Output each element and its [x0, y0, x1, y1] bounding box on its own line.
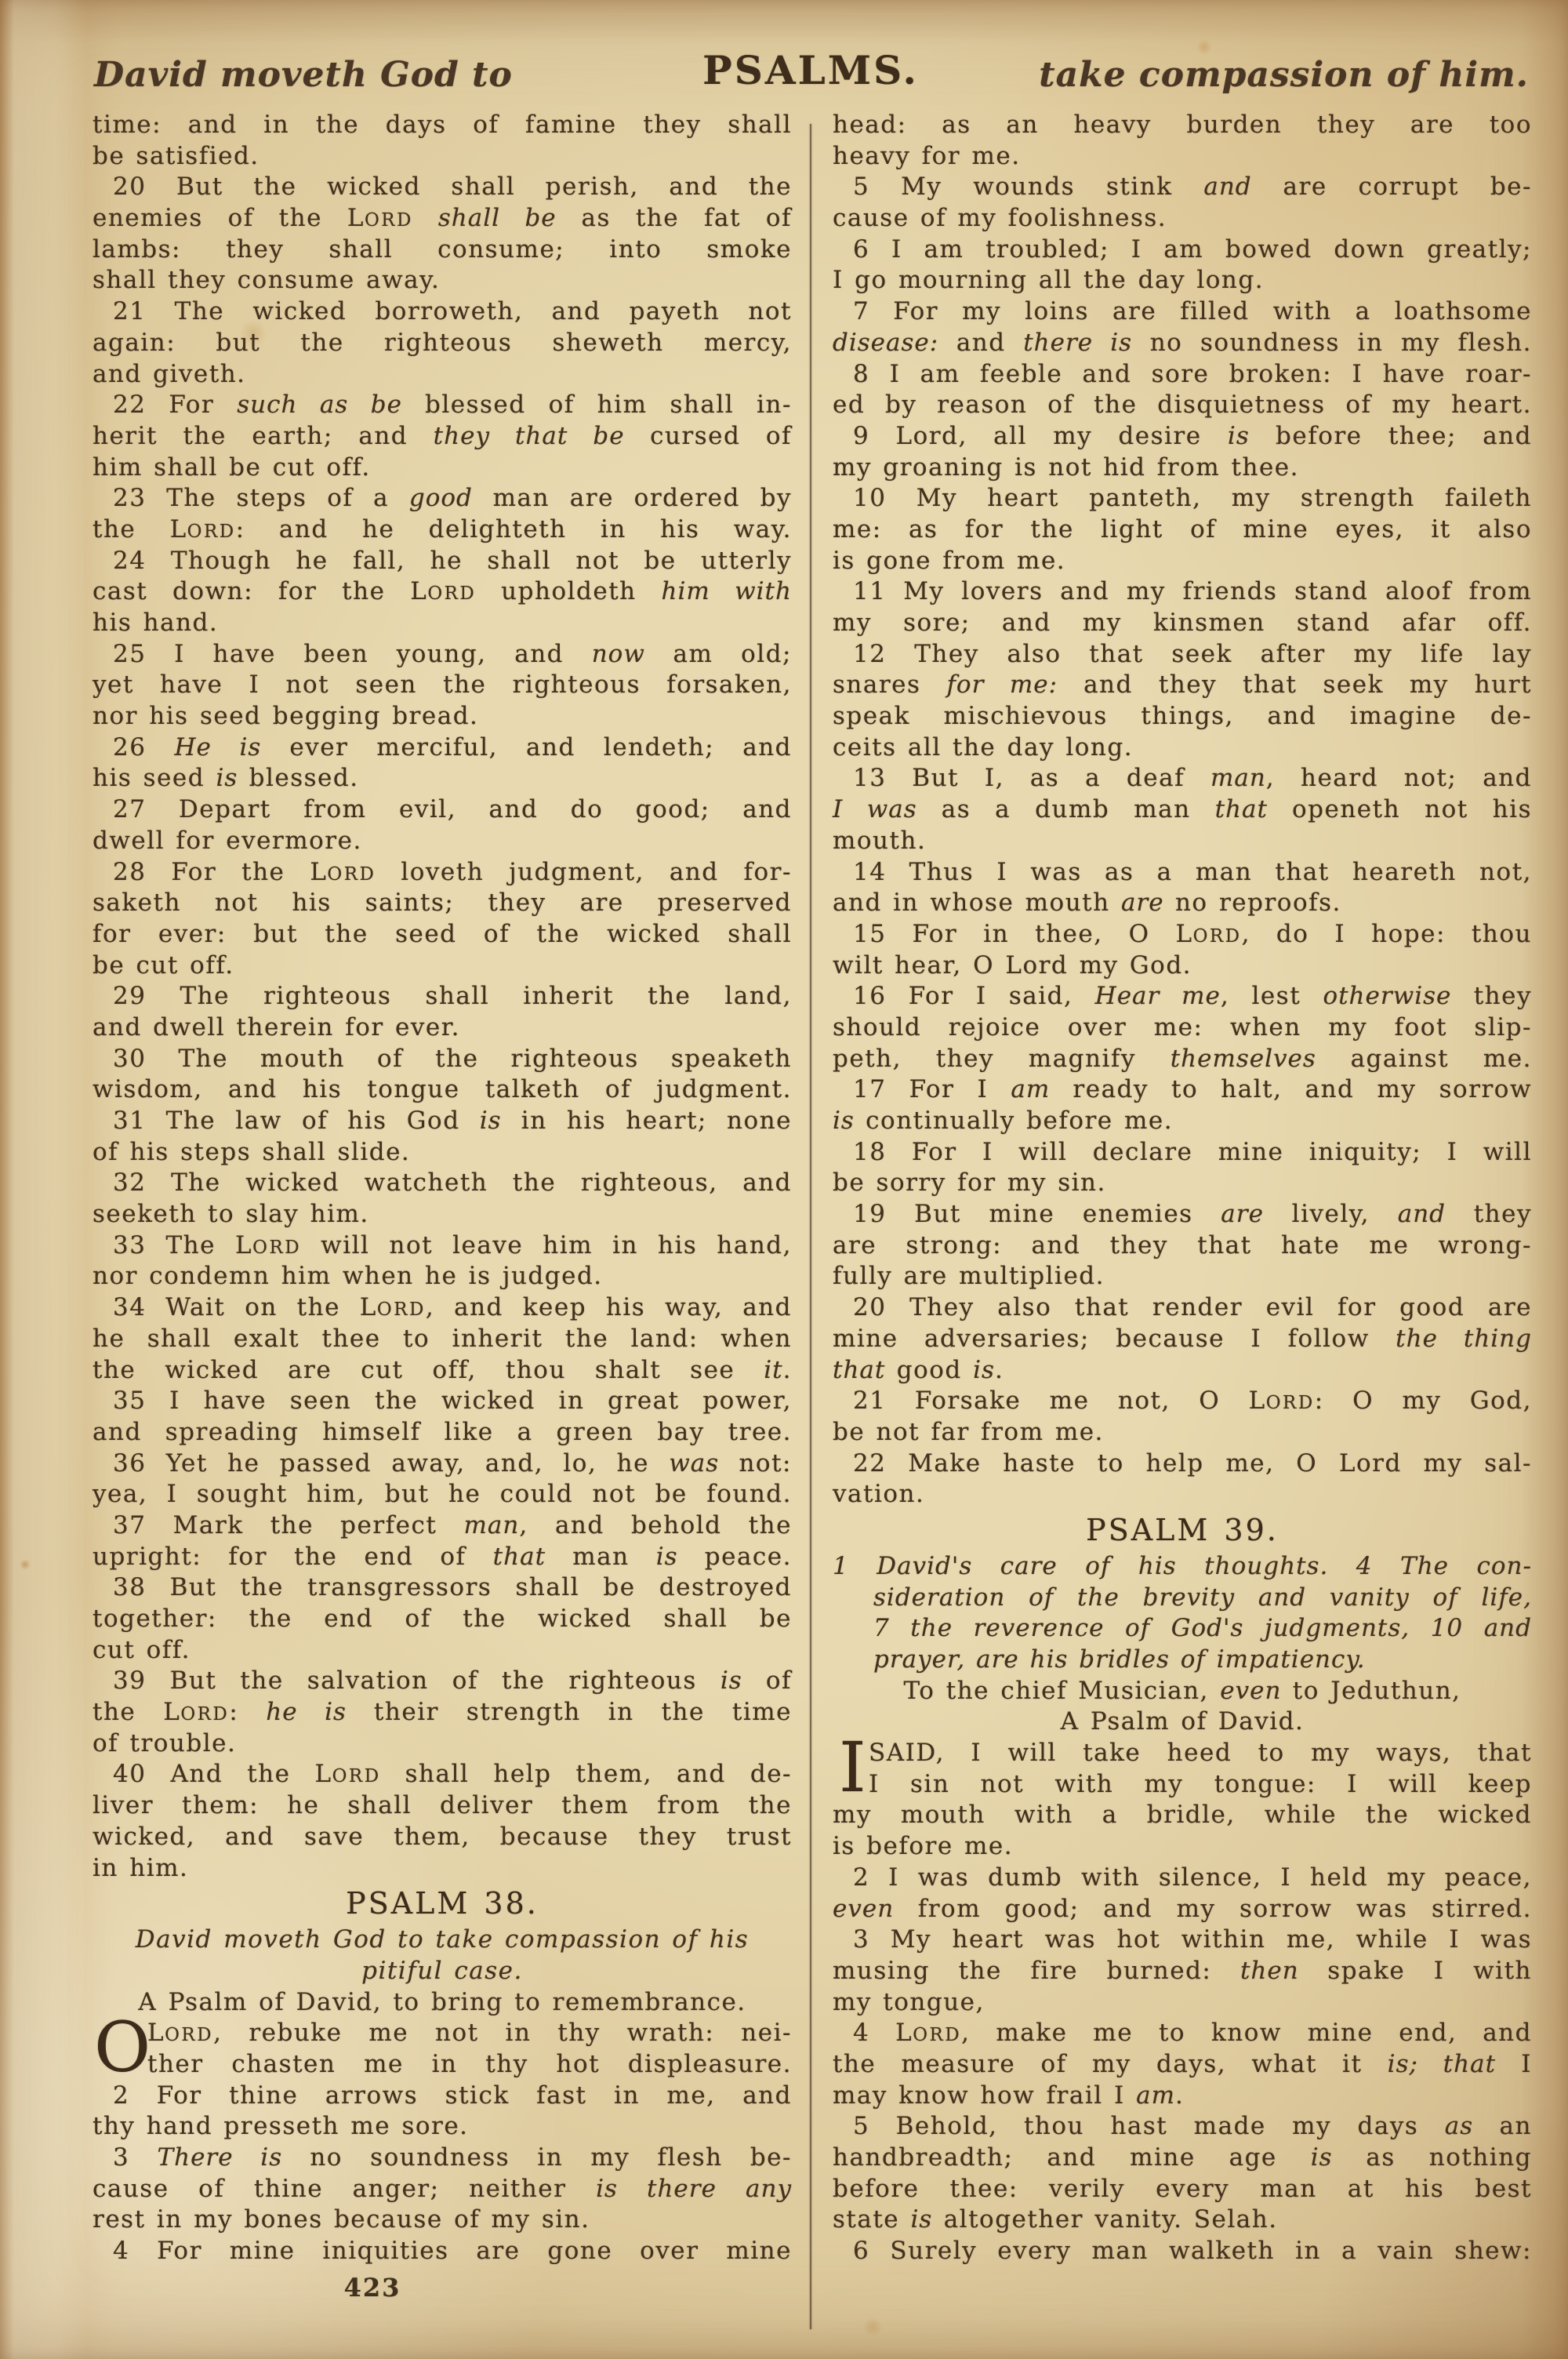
text-line: 24 Though he fall, he shall not be utter… [93, 546, 792, 577]
text-line: his seed is blessed. [93, 763, 792, 794]
text-line: disease: and there is no soundness in my… [833, 328, 1532, 359]
text-line: together: the end of the wicked shall be [93, 1604, 792, 1635]
text-line: 36 Yet he passed away, and, lo, he was n… [93, 1448, 792, 1480]
text-line: the LORD: and he delighteth in his way. [93, 514, 792, 546]
text-line: ceits all the day long. [833, 732, 1532, 764]
text-line: ed by reason of the disquietness of my h… [833, 390, 1532, 421]
text-line: 4 For mine iniquities are gone over mine [93, 2236, 792, 2267]
text-line: his hand. [93, 608, 792, 639]
text-line: cut off. [93, 1635, 792, 1667]
text-line: 26 He is ever merciful, and lendeth; and [93, 732, 792, 764]
psalm-heading: PSALM 38. [93, 1884, 792, 1925]
text-line: 3 There is no soundness in my flesh be- [93, 2143, 792, 2174]
text-line: and spreading himself like a green bay t… [93, 1417, 792, 1448]
column-left: time: and in the days of famine they sha… [93, 110, 792, 2267]
text-line: nor his seed begging bread. [93, 701, 792, 732]
text-line: A Psalm of David, to bring to remembranc… [93, 1987, 792, 2019]
text-line: 5 Behold, thou hast made my days as an [833, 2111, 1532, 2143]
text-line: is gone from me. [833, 546, 1532, 577]
text-line: 31 The law of his God is in his heart; n… [93, 1106, 792, 1137]
text-line: 1 David's care of his thoughts. 4 The co… [833, 1551, 1532, 1583]
text-line: are strong: and they that hate me wrong- [833, 1230, 1532, 1262]
text-line: 29 The righteous shall inherit the land, [93, 981, 792, 1012]
text-line: 27 Depart from evil, and do good; and [93, 794, 792, 826]
text-line: me: as for the light of mine eyes, it al… [833, 514, 1532, 546]
text-line: 25 I have been young, and now am old; [93, 639, 792, 671]
text-line: may know how frail I am. [833, 2081, 1532, 2112]
text-line: the wicked are cut off, thou shalt see i… [93, 1355, 792, 1387]
text-line: vation. [833, 1479, 1532, 1510]
text-line: the measure of my days, what it is; that… [833, 2049, 1532, 2081]
text-line: again: but the righteous sheweth mercy, [93, 328, 792, 359]
text-line: wicked, and save them, because they trus… [93, 1822, 792, 1853]
text-line: for ever: but the seed of the wicked sha… [93, 919, 792, 951]
text-line: 37 Mark the perfect man, and behold the [93, 1510, 792, 1542]
text-line: 32 The wicked watcheth the righteous, an… [93, 1168, 792, 1199]
text-line: cause of my foolishness. [833, 203, 1532, 234]
text-line: 39 But the salvation of the righteous is… [93, 1666, 792, 1697]
text-line: 4 LORD, make me to know mine end, and [833, 2018, 1532, 2049]
text-line: in him. [93, 1853, 792, 1885]
text-line: To the chief Musician, even to Jeduthun, [833, 1676, 1532, 1707]
text-line: 40 And the LORD shall help them, and de- [93, 1759, 792, 1790]
text-line: be cut off. [93, 951, 792, 982]
text-line: thy hand presseth me sore. [93, 2111, 792, 2143]
text-line: peth, they magnify themselves against me… [833, 1044, 1532, 1075]
text-line: of his steps shall slide. [93, 1137, 792, 1169]
text-line: 12 They also that seek after my life lay [833, 639, 1532, 671]
text-line: cause of thine anger; neither is there a… [93, 2174, 792, 2205]
text-line: herit the earth; and they that be cursed… [93, 421, 792, 453]
text-line: speak mischievous things, and imagine de… [833, 701, 1532, 732]
text-line: is continually before me. [833, 1106, 1532, 1137]
text-line: saketh not his saints; they are preserve… [93, 888, 792, 919]
text-line: 28 For the LORD loveth judgment, and for… [93, 857, 792, 889]
bible-page: David moveth God to PSALMS. take compass… [0, 0, 1568, 2359]
text-line: 35 I have seen the wicked in great power… [93, 1386, 792, 1417]
text-line: pitiful case. [93, 1956, 792, 1987]
text-line: 2 I was dumb with silence, I held my pea… [833, 1863, 1532, 1894]
text-line: 34 Wait on the LORD, and keep his way, a… [93, 1292, 792, 1324]
text-line: 22 Make haste to help me, O Lord my sal- [833, 1448, 1532, 1480]
text-line: 6 Surely every man walketh in a vain she… [833, 2236, 1532, 2267]
text-line: 6 I am troubled; I am bowed down greatly… [833, 234, 1532, 266]
text-line: 2 For thine arrows stick fast in me, and [93, 2081, 792, 2112]
text-line: and in whose mouth are no reproofs. [833, 888, 1532, 919]
text-line: I was as a dumb man that openeth not his [833, 794, 1532, 826]
text-line: 19 But mine enemies are lively, and they [833, 1199, 1532, 1230]
text-line: be not far from me. [833, 1417, 1532, 1448]
text-line: mouth. [833, 826, 1532, 857]
text-line: David moveth God to take compassion of h… [93, 1925, 792, 1956]
text-line: sideration of the brevity and vanity of … [833, 1583, 1532, 1614]
text-line: cast down: for the LORD upholdeth him wi… [93, 576, 792, 608]
text-line: 23 The steps of a good man are ordered b… [93, 483, 792, 514]
text-line: seeketh to slay him. [93, 1199, 792, 1230]
text-line: 7 For my loins are filled with a loathso… [833, 296, 1532, 328]
text-line: handbreadth; and mine age is as nothing [833, 2143, 1532, 2174]
text-line: 33 The LORD will not leave him in his ha… [93, 1230, 792, 1262]
text-line: he shall exalt thee to inherit the land:… [93, 1324, 792, 1355]
text-line: 20 But the wicked shall perish, and the [93, 172, 792, 203]
text-line: my sore; and my kinsmen stand afar off. [833, 608, 1532, 639]
text-line: him shall be cut off. [93, 453, 792, 484]
text-line: fully are multiplied. [833, 1261, 1532, 1292]
text-line: lambs: they shall consume; into smoke [93, 234, 792, 266]
text-line: rest in my bones because of my sin. [93, 2205, 792, 2236]
text-line: my groaning is not hid from thee. [833, 453, 1532, 484]
text-line: 9 Lord, all my desire is before thee; an… [833, 421, 1532, 453]
text-line: and dwell therein for ever. [93, 1012, 792, 1044]
running-head-right: take compassion of him. [1039, 55, 1529, 95]
text-line: dwell for evermore. [93, 826, 792, 857]
column-divider-rule [810, 124, 811, 2329]
text-line: time: and in the days of famine they sha… [93, 110, 792, 141]
text-line: 22 For such as be blessed of him shall i… [93, 390, 792, 421]
text-line: 21 The wicked borroweth, and payeth not [93, 296, 792, 328]
text-line: be sorry for my sin. [833, 1168, 1532, 1199]
text-line: should rejoice over me: when my foot sli… [833, 1012, 1532, 1044]
text-line: 17 For I am ready to halt, and my sorrow [833, 1074, 1532, 1106]
text-line: 13 But I, as a deaf man, heard not; and [833, 763, 1532, 794]
text-line: state is altogether vanity. Selah. [833, 2205, 1532, 2236]
text-line: and giveth. [93, 359, 792, 391]
column-right: head: as an heavy burden they are toohea… [833, 110, 1532, 2267]
text-line: A Psalm of David. [833, 1707, 1532, 1738]
text-line: heavy for me. [833, 141, 1532, 173]
text-line: 38 But the transgressors shall be destro… [93, 1572, 792, 1604]
text-line: be satisfied. [93, 141, 792, 173]
text-line: liver them: he shall deliver them from t… [93, 1790, 792, 1822]
text-line: 8 I am feeble and sore broken: I have ro… [833, 359, 1532, 391]
page-number: 423 [294, 2273, 451, 2303]
text-line: upright: for the end of that man is peac… [93, 1542, 792, 1573]
text-line: 10 My heart panteth, my strength faileth [833, 483, 1532, 514]
text-line: head: as an heavy burden they are too [833, 110, 1532, 141]
text-line: my tongue, [833, 1987, 1532, 2019]
text-line: I go mourning all the day long. [833, 265, 1532, 296]
text-line: is before me. [833, 1831, 1532, 1863]
text-line: OLORD, rebuke me not in thy wrath: nei- [93, 2018, 792, 2049]
text-line: 7 the reverence of God's judgments, 10 a… [833, 1613, 1532, 1645]
text-line: 18 For I will declare mine iniquity; I w… [833, 1137, 1532, 1169]
text-line: 5 My wounds stink and are corrupt be- [833, 172, 1532, 203]
text-line: 30 The mouth of the righteous speaketh [93, 1044, 792, 1075]
text-line: even from good; and my sorrow was stirre… [833, 1894, 1532, 1925]
text-line: wisdom, and his tongue talketh of judgme… [93, 1074, 792, 1106]
text-line: mine adversaries; because I follow the t… [833, 1324, 1532, 1355]
text-line: 15 For in thee, O LORD, do I hope: thou [833, 919, 1532, 951]
text-line: my mouth with a bridle, while the wicked [833, 1800, 1532, 1831]
text-line: ISAID, I will take heed to my ways, that [833, 1738, 1532, 1769]
text-line: enemies of the LORD shall be as the fat … [93, 203, 792, 234]
text-line: 16 For I said, Hear me, lest otherwise t… [833, 981, 1532, 1012]
text-line: yea, I sought him, but he could not be f… [93, 1479, 792, 1510]
text-line: prayer, are his bridles of impatiency. [833, 1645, 1532, 1676]
text-line: I sin not with my tongue: I will keep [833, 1769, 1532, 1801]
text-line: yet have I not seen the righteous forsak… [93, 670, 792, 701]
text-line: of trouble. [93, 1728, 792, 1760]
text-line: the LORD: he is their strength in the ti… [93, 1697, 792, 1728]
text-line: 3 My heart was hot within me, while I wa… [833, 1925, 1532, 1956]
text-line: shall they consume away. [93, 265, 792, 296]
text-line: 14 Thus I was as a man that heareth not, [833, 857, 1532, 889]
text-line: 11 My lovers and my friends stand aloof … [833, 576, 1532, 608]
text-line: ther chasten me in thy hot displeasure. [93, 2049, 792, 2081]
text-line: 21 Forsake me not, O LORD: O my God, [833, 1386, 1532, 1417]
text-line: before thee: verily every man at his bes… [833, 2174, 1532, 2205]
text-line: 20 They also that render evil for good a… [833, 1292, 1532, 1324]
psalm-heading: PSALM 39. [833, 1510, 1532, 1551]
text-line: that good is. [833, 1355, 1532, 1387]
text-line: nor condemn him when he is judged. [93, 1261, 792, 1292]
text-line: wilt hear, O Lord my God. [833, 951, 1532, 982]
text-line: snares for me: and they that seek my hur… [833, 670, 1532, 701]
text-line: musing the fire burned: then spake I wit… [833, 1956, 1532, 1987]
